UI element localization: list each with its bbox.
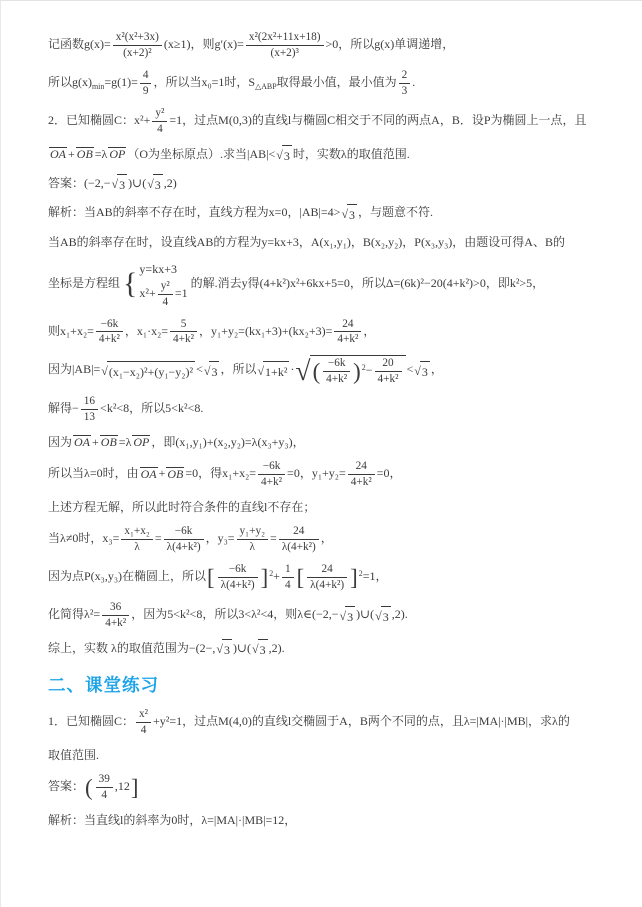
fraction: 24λ(4+k²) [279,525,319,554]
fraction-numerator: 16 [81,395,98,410]
text-run: ，所以当x₀=1时，S [153,75,255,89]
text-run: = [155,531,162,545]
fraction-numerator: x₁+x₂ [121,525,152,540]
fraction: 364+k² [102,601,129,630]
text-run: 答案： [48,779,84,793]
square-root: √3 [147,174,163,194]
fraction-denominator: 3 [399,84,411,98]
radicand: (x₁−x₂)²+(y₁−y₂)² [107,361,195,381]
square-root: √(x₁−x₂)²+(y₁−y₂)² [101,361,195,381]
equation-row: x²+y²4=1 [139,280,187,309]
document-page: { "colors": { "page_background": "#fffff… [0,0,642,907]
text-run: · [290,363,294,377]
fraction-denominator: 4+k² [258,475,285,489]
text-run: )∪( [356,607,374,621]
text-run: ，与题意不符. [358,205,433,219]
fraction-denominator: λ [237,540,268,554]
radicand: 3 [282,145,292,165]
big-bracket: ( [313,359,321,384]
equation-system: {y=kx+3x²+y²4=1 [123,260,188,309]
fraction: y²4 [158,280,173,309]
text-run: + [273,569,280,583]
fraction-numerator: 36 [102,601,129,616]
brace-icon: { [123,271,137,297]
fraction: 244+k² [348,460,375,489]
text-run: 解得− [48,402,79,416]
math-line: 取值范围. [48,746,598,764]
math-line: 所以g(x)min=g(1)=49，所以当x₀=1时，S△ABP取得最小值，最小… [48,69,598,98]
section-heading: 二、课堂练习 [48,672,598,697]
text-run: =g(1)= [104,75,138,89]
radical-icon: √ [295,359,310,382]
text-run: 解析：当AB的斜率不存在时，直线方程为x=0，|AB|=4> [48,205,340,219]
fraction-numerator: 20 [375,357,402,372]
text-run: =0，y₁+y₂= [287,467,346,481]
math-line: 1．已知椭圆C：x²4+y²=1，过点M(4,0)的直线l交椭圆于A，B两个不同… [48,708,598,737]
text-run: =1 [175,286,188,300]
fraction-numerator: 5 [170,318,197,333]
text-run: 解析：当直线l的斜率为0时，λ=|MA|·|MB|=12， [48,813,296,827]
text-run: 因为 [48,435,72,449]
fraction: 24λ(4+k²) [307,563,347,592]
math-line: 当λ≠0时，x₃=x₁+x₂λ=−6kλ(4+k²)，y₃=y₁+y₂λ=24λ… [48,525,598,554]
math-line: 答案：(394,12] [48,773,598,802]
text-run: ，x₁·x₂= [125,324,168,338]
fraction-denominator: 13 [81,410,98,424]
fraction-numerator: 24 [279,525,319,540]
text-run: − [366,364,373,378]
fraction-numerator: x² [136,708,151,723]
math-line: 所以当λ=0时，由OA+OB=0，得x₁+x₂=−6k4+k²=0，y₁+y₂=… [48,460,598,489]
fraction-denominator: 4+k² [375,372,402,386]
vector-overbar: OB [76,147,94,162]
fraction-numerator: x²(x²+3x) [113,31,162,46]
text-run: )∪( [233,641,251,655]
fraction: 49 [140,69,152,98]
fraction-numerator: −6k [164,525,204,540]
text-run: ， [363,324,375,338]
text-run: ,2). [392,607,408,621]
text-run: 取得最小值，最小值为 [277,75,397,89]
math-line: 答案：(−2,−√3)∪(√3,2) [48,174,598,194]
fraction-denominator: 4 [282,578,294,592]
fraction: −6k4+k² [323,357,350,386]
math-line: OA+OB=λOP（O为坐标原点）.求当|AB|<√3时，实数λ的取值范围. [48,145,598,165]
fraction: x²(2x²+11x+18)(x+2)³ [246,31,324,60]
fraction-denominator: 4+k² [323,372,350,386]
math-line: 上述方程无解，所以此时符合条件的直线l不存在； [48,498,598,516]
text-run: + [68,147,75,161]
fraction-denominator: 9 [140,84,152,98]
fraction: 244+k² [334,318,361,347]
fraction-numerator: 24 [348,460,375,475]
subscript: △ABP [255,82,276,91]
square-root: √(−6k4+k²)2−204+k² [295,355,405,386]
fraction-denominator: 4 [158,295,173,309]
math-line: 则x₁+x₂=−6k4+k²，x₁·x₂=54+k²，y₁+y₂=(kx₁+3)… [48,318,598,347]
text-run: (x₁−x₂)²+(y₁−y₂)² [109,365,193,379]
fraction: −6kλ(4+k²) [164,525,204,554]
subscript: min [92,82,104,91]
text-run: =0， [377,467,402,481]
text-run: < [196,363,203,377]
fraction: x₁+x₂λ [121,525,152,554]
vector-overbar: OP [132,435,150,450]
text-run: 2．已知椭圆C：x²+ [48,113,150,127]
fraction-denominator: (x+2)² [113,46,162,60]
text-run: 1．已知椭圆C： [48,715,134,729]
text-run: < [407,363,414,377]
fraction-denominator: 4 [152,122,167,136]
text-run: =1， [363,569,388,583]
text-run: x²+ [139,286,155,300]
fraction-denominator: 4+k² [102,616,129,630]
radicand: (−6k4+k²)2−204+k² [310,355,406,386]
fraction: −6kλ(4+k²) [218,563,258,592]
text-run: 则x₁+x₂= [48,324,94,338]
text-run: ,2). [269,641,285,655]
text-run: 时，实数λ的取值范围. [293,147,410,161]
text-run: . [412,75,415,89]
text-run: = [270,531,277,545]
radicand: 3 [222,639,232,659]
vector-overbar: OP [108,147,126,162]
text-run: =λ [95,147,108,161]
fraction-numerator: y² [152,107,167,122]
big-bracket: [ [207,565,215,590]
math-line: 解得−1613<k²<8，所以5<k²<8. [48,395,598,424]
square-root: √3 [204,361,220,381]
text-run: 记函数g(x)= [48,37,111,51]
text-run: （O为坐标原点）.求当|AB|< [127,147,275,161]
text-run: 因为点P(x₃,y₃)在椭圆上，所以 [48,569,206,583]
fraction-numerator: y₁+y₂ [237,525,268,540]
text-run: 所以当λ=0时，由 [48,467,139,481]
fraction: y₁+y₂λ [237,525,268,554]
fraction-numerator: 1 [282,563,294,578]
square-root: √3 [112,174,128,194]
fraction: 394 [96,773,113,802]
vector-overbar: OA [140,467,158,482]
solution-section: 记函数g(x)=x²(x²+3x)(x+2)²(x≥1)，则g′(x)=x²(2… [48,31,598,659]
vector-overbar: OB [100,435,118,450]
square-root: √3 [276,145,292,165]
text-run: ，y₁+y₂=(kx₁+3)+(kx₂+3)= [199,324,332,338]
math-line: 解析：当AB的斜率不存在时，直线方程为x=0，|AB|=4>√3，与题意不符. [48,203,598,223]
text-run: ， [431,363,443,377]
text-run: ，所以 [220,363,256,377]
text-run: 当λ≠0时，x₃= [48,531,119,545]
big-bracket: ) [353,359,361,384]
text-run: 当AB的斜率存在时，设直线AB的方程为y=kx+3，A(x₁,y₁)，B(x₂,… [48,235,565,249]
text-run: 答案：(−2,− [48,176,111,190]
radicand: 3 [153,174,163,194]
square-root: √3 [414,361,430,381]
vector-overbar: OB [166,467,184,482]
text-run: =0，得x₁+x₂= [185,467,256,481]
fraction: −6k4+k² [258,460,285,489]
fraction-numerator: 24 [307,563,347,578]
radicand: 3 [209,361,219,381]
text-run: >0，所以g(x)单调递增， [326,37,455,51]
big-bracket: ] [350,565,358,590]
fraction: y²4 [152,107,167,136]
fraction-denominator: 4 [136,723,151,737]
math-line: 当AB的斜率存在时，设直线AB的方程为y=kx+3，A(x₁,y₁)，B(x₂,… [48,233,598,251]
text-run: ，即(x₁,y₁)+(x₂,y₂)=λ(x₃+y₃)， [151,435,304,449]
fraction: 23 [399,69,411,98]
text-run: 所以g(x) [48,75,92,89]
math-line: 2．已知椭圆C：x²+y²4=1，过点M(0,3)的直线l与椭圆C相交于不同的两… [48,107,598,136]
radicand: 3 [420,361,430,381]
radicand: 3 [117,174,127,194]
vector-overbar: OA [73,435,91,450]
big-bracket: ] [131,775,139,800]
radicand: 3 [381,606,391,626]
fraction: 14 [282,563,294,592]
fraction-denominator: λ(4+k²) [279,540,319,554]
fraction-numerator: −6k [96,318,123,333]
square-root: √3 [375,606,391,626]
text-run: 化简得λ²= [48,607,100,621]
fraction: x²(x²+3x)(x+2)² [113,31,162,60]
math-line: 综上，实数 λ的取值范围为−(2−,√3)∪(√3,2). [48,639,598,659]
square-root: √1+k² [257,361,289,381]
fraction-numerator: 4 [140,69,152,84]
text-run: y=kx+3 [139,262,177,276]
fraction-numerator: 24 [334,318,361,333]
fraction: 1613 [81,395,98,424]
equation-row: y=kx+3 [139,260,177,278]
fraction-numerator: −6k [258,460,285,475]
square-root: √3 [340,606,356,626]
fraction-numerator: 2 [399,69,411,84]
text-run: 的解.消去y得(4+k²)x²+6kx+5=0，所以Δ=(6k)²−20(4+k… [191,276,545,290]
text-run: 坐标是方程组 [48,276,120,290]
fraction-numerator: −6k [323,357,350,372]
fraction-denominator: λ(4+k²) [307,578,347,592]
fraction: 204+k² [375,357,402,386]
square-root: √3 [252,639,268,659]
text-run: 上述方程无解，所以此时符合条件的直线l不存在； [48,500,315,514]
math-line: 因为点P(x₃,y₃)在椭圆上，所以[−6kλ(4+k²)]2+14[24λ(4… [48,563,598,592]
text-run: ,2) [164,176,177,190]
fraction-numerator: −6k [218,563,258,578]
fraction: x²4 [136,708,151,737]
radicand: 3 [347,204,357,224]
fraction-denominator: 4+k² [96,332,123,346]
fraction-numerator: 39 [96,773,113,788]
text-run: <k²<8，所以5<k²<8. [100,402,203,416]
big-bracket: ( [85,775,93,800]
exercise-section: 1．已知椭圆C：x²4+y²=1，过点M(4,0)的直线l交椭圆于A，B两个不同… [48,708,598,829]
fraction-denominator: λ [121,540,152,554]
fraction-numerator: x²(2x²+11x+18) [246,31,324,46]
square-root: √3 [341,204,357,224]
text-run: + [92,435,99,449]
math-line: 坐标是方程组{y=kx+3x²+y²4=1的解.消去y得(4+k²)x²+6kx… [48,260,598,309]
square-root: √3 [216,639,232,659]
math-line: 因为|AB|=√(x₁−x₂)²+(y₁−y₂)²<√3，所以√1+k²·√(−… [48,355,598,386]
fraction-denominator: 4+k² [348,475,375,489]
big-bracket: [ [297,565,305,590]
text-run: (x≥1)，则g′(x)= [164,37,244,51]
fraction: 54+k² [170,318,197,347]
math-line: 化简得λ²=364+k²，因为5<k²<8，所以3<λ²<4，则λ∈(−2,−√… [48,601,598,630]
worksheet-body: 记函数g(x)=x²(x²+3x)(x+2)²(x≥1)，则g′(x)=x²(2… [1,1,642,829]
text-run: ， [321,531,333,545]
fraction-denominator: λ(4+k²) [164,540,204,554]
math-line: 记函数g(x)=x²(x²+3x)(x+2)²(x≥1)，则g′(x)=x²(2… [48,31,598,60]
text-run: ，因为5<k²<8，所以3<λ²<4，则λ∈(−2,− [131,607,338,621]
text-run: + [159,467,166,481]
fraction-denominator: 4+k² [334,332,361,346]
text-run: 因为|AB|= [48,363,100,377]
vector-overbar: OA [49,147,67,162]
text-run: +y²=1，过点M(4,0)的直线l交椭圆于A，B两个不同的点，且λ=|MA|·… [153,715,570,729]
big-bracket: ] [261,565,269,590]
radicand: 3 [345,606,355,626]
math-line: 解析：当直线l的斜率为0时，λ=|MA|·|MB|=12， [48,811,598,829]
radicand: 3 [258,639,268,659]
text-run: 综上，实数 λ的取值范围为−(2−, [48,641,215,655]
fraction-denominator: 4 [96,788,113,802]
text-run: ,12 [115,779,130,793]
text-run: =λ [119,435,132,449]
fraction-numerator: y² [158,280,173,295]
fraction-denominator: λ(4+k²) [218,578,258,592]
fraction-denominator: 4+k² [170,332,197,346]
math-line: 因为OA+OB=λOP，即(x₁,y₁)+(x₂,y₂)=λ(x₃+y₃)， [48,433,598,451]
fraction: −6k4+k² [96,318,123,347]
text-run: =1，过点M(0,3)的直线l与椭圆C相交于不同的两点A，B．设P为椭圆上一点，… [169,113,586,127]
text-run: ，y₃= [206,531,235,545]
text-run: 取值范围. [48,748,99,762]
text-run: )∪( [128,176,146,190]
equation-rows: y=kx+3x²+y²4=1 [139,260,187,309]
fraction-denominator: (x+2)³ [246,46,324,60]
radicand: 1+k² [263,361,289,381]
